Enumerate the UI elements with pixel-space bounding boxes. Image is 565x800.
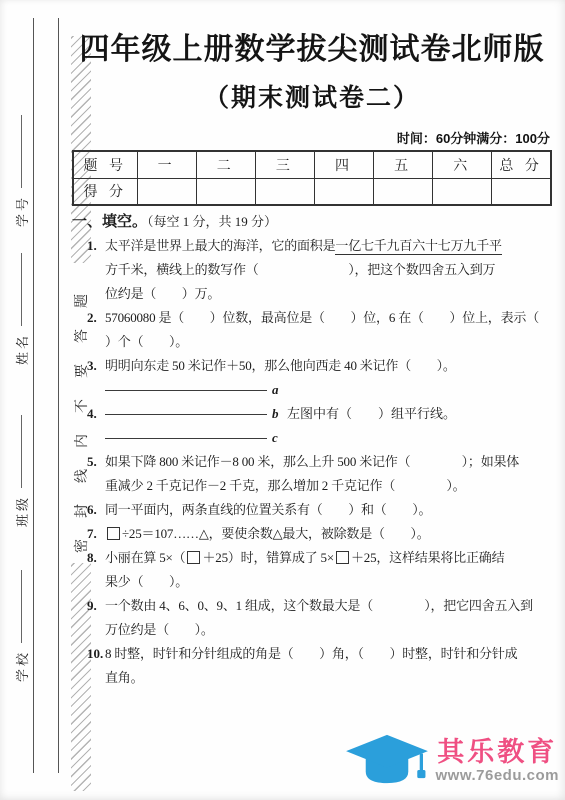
question-line: 直角。	[105, 666, 552, 690]
field-label: 学号	[12, 195, 31, 227]
line-label-c: c	[272, 430, 278, 446]
page-title: 四年级上册数学拔尖测试卷北师版	[72, 24, 552, 68]
question-line: 方千米，横线上的数写作（ ），把这个数四舍五入到万	[105, 258, 552, 282]
field-fill-line	[21, 115, 22, 188]
question-text: 重减少 2 千克记作－2 千克，那么增加 2 千克记作（ ）。	[105, 478, 465, 493]
question-line: 同一平面内，两条直线的位置关系有（ ）和（ ）。	[105, 498, 552, 522]
score-table-header-cell: 六	[433, 151, 492, 178]
question-line: 万位约是（ ）。	[105, 618, 552, 642]
line-label-b: b	[272, 406, 279, 422]
field-label: 学校	[12, 650, 31, 682]
question-line: ）个（ ）。	[105, 330, 552, 354]
question-line: 8 时整，时针和分针组成的角是（ ）角，（ ）时整，时针和分针成	[105, 642, 552, 666]
question-text: 明明向东走 50 米记作＋50，那么他向西走 40 米记作（ ）。	[105, 358, 456, 373]
section-note: （每空 1 分，共 19 分）	[147, 214, 277, 229]
question-text: ＋25，这样结果将比正确结	[351, 550, 504, 565]
question-1: 1.太平洋是世界上最大的海洋，它的面积是一亿七千九百六十七万九千平方千米，横线上…	[72, 234, 552, 306]
question-number: 6.	[87, 498, 97, 522]
question-number: 4.	[87, 402, 97, 426]
logo-name: 其乐教育	[437, 738, 557, 768]
score-cell	[374, 178, 433, 205]
field-4: 学校	[8, 570, 34, 682]
score-cell	[137, 178, 196, 205]
score-table: 题 号一二三四五六总 分得 分	[72, 150, 552, 206]
score-row-label: 得 分	[73, 178, 137, 205]
line-a	[105, 390, 267, 391]
figure-line-row: a	[105, 378, 305, 402]
question-number: 3.	[87, 354, 97, 378]
score-table-header-cell: 总 分	[492, 151, 551, 178]
question-number: 5.	[87, 450, 97, 474]
score-table-score-row: 得 分	[73, 178, 551, 205]
question-text: 位约是（ ）万。	[105, 286, 220, 301]
logo-text-block: 其乐教育 www.76edu.com	[436, 738, 559, 785]
question-line: 小丽在算 5×（＋25）时，错算成了 5×＋25，这样结果将比正确结	[105, 546, 552, 570]
question-text: 直角。	[105, 670, 143, 685]
field-fill-line	[21, 415, 22, 488]
field-fill-line	[21, 570, 22, 643]
line-c	[105, 438, 267, 439]
parallel-lines-figure: abc	[105, 378, 305, 450]
score-table-header-cell: 题 号	[73, 151, 137, 178]
question-text: 万位约是（ ）。	[105, 622, 214, 637]
question-number: 9.	[87, 594, 97, 618]
question-8: 8.小丽在算 5×（＋25）时，错算成了 5×＋25，这样结果将比正确结果少（ …	[72, 546, 552, 594]
question-line: 果少（ ）。	[105, 570, 552, 594]
question-text: 小丽在算 5×（	[105, 550, 185, 565]
blank-square-box	[336, 551, 349, 564]
score-cell	[314, 178, 373, 205]
question-number: 1.	[87, 234, 97, 258]
question-text: 一个数由 4、6、0、9、1 组成，这个数最大是（ ），把它四舍五入到	[105, 598, 533, 613]
blank-square-box	[107, 527, 120, 540]
question-line: 太平洋是世界上最大的海洋，它的面积是一亿七千九百六十七万九千平	[105, 234, 552, 258]
field-label: 姓名	[12, 333, 31, 365]
field-fill-line	[21, 253, 22, 326]
question-10: 10.8 时整，时针和分针组成的角是（ ）角，（ ）时整，时针和分针成直角。	[72, 642, 552, 690]
question-text: 左图中有（ ）组平行线。	[287, 402, 456, 426]
blank-square-box	[187, 551, 200, 564]
question-list: 1.太平洋是世界上最大的海洋，它的面积是一亿七千九百六十七万九千平方千米，横线上…	[72, 234, 552, 690]
question-number: 8.	[87, 546, 97, 570]
question-line: 57060080 是（ ）位数，最高位是（ ）位，6 在（ ）位上，表示（	[105, 306, 552, 330]
score-table-header-cell: 四	[314, 151, 373, 178]
question-6: 6.同一平面内，两条直线的位置关系有（ ）和（ ）。	[72, 498, 552, 522]
question-number: 2.	[87, 306, 97, 330]
question-5: 5.如果下降 800 米记作－8 00 米，那么上升 500 米记作（ ）；如果…	[72, 450, 552, 498]
question-line: 一个数由 4、6、0、9、1 组成，这个数最大是（ ），把它四舍五入到	[105, 594, 552, 618]
question-2: 2.57060080 是（ ）位数，最高位是（ ）位，6 在（ ）位上，表示（）…	[72, 306, 552, 354]
field-label: 班级	[12, 495, 31, 527]
question-line: ÷25＝107……△，要使余数△最大，被除数是（ ）。	[105, 522, 552, 546]
field-1: 学号	[8, 115, 34, 227]
question-text: 方千米，横线上的数写作（ ），把这个数四舍五入到万	[105, 262, 495, 277]
section-heading: 一、填空。（每空 1 分，共 19 分）	[72, 210, 277, 234]
score-cell	[433, 178, 492, 205]
question-number: 10.	[87, 642, 103, 666]
section-title: 一、填空。	[72, 214, 147, 230]
question-9: 9.一个数由 4、6、0、9、1 组成，这个数最大是（ ），把它四舍五入到万位约…	[72, 594, 552, 642]
question-text: ）个（ ）。	[105, 334, 188, 349]
paper-content: 四年级上册数学拔尖测试卷北师版 （期末测试卷二） 时间：60分钟满分：100分 …	[72, 0, 552, 800]
graduation-cap-icon	[342, 732, 432, 790]
question-4: 4.abc左图中有（ ）组平行线。	[72, 378, 552, 450]
field-3: 班级	[8, 415, 34, 527]
question-7: 7.÷25＝107……△，要使余数△最大，被除数是（ ）。	[72, 522, 552, 546]
score-table-header-cell: 五	[374, 151, 433, 178]
score-cell	[196, 178, 255, 205]
question-text: 57060080 是（ ）位数，最高位是（ ）位，6 在（ ）位上，表示（	[105, 310, 539, 325]
field-2: 姓名	[8, 253, 34, 365]
score-table-header-cell: 三	[255, 151, 314, 178]
underlined-number-text: 一亿七千九百六十七万九千平	[335, 238, 501, 255]
score-table-header-row: 题 号一二三四五六总 分	[73, 151, 551, 178]
question-line: 重减少 2 千克记作－2 千克，那么增加 2 千克记作（ ）。	[105, 474, 552, 498]
exam-paper-page: 密封线内不要答题 学号姓名班级学校 四年级上册数学拔尖测试卷北师版 （期末测试卷…	[0, 0, 565, 800]
question-text: 如果下降 800 米记作－8 00 米，那么上升 500 米记作（ ）；如果体	[105, 454, 519, 469]
score-table-header-cell: 一	[137, 151, 196, 178]
score-cell	[255, 178, 314, 205]
question-text: 8 时整，时针和分针组成的角是（ ）角，（ ）时整，时针和分针成	[105, 646, 517, 661]
question-text: ＋25）时，错算成了 5×	[202, 550, 333, 565]
question-3: 3.明明向东走 50 米记作＋50，那么他向西走 40 米记作（ ）。	[72, 354, 552, 378]
question-text: 太平洋是世界上最大的海洋，它的面积是	[105, 238, 335, 253]
question-line: 位约是（ ）万。	[105, 282, 552, 306]
question-number: 7.	[87, 522, 97, 546]
question-text: 同一平面内，两条直线的位置关系有（ ）和（ ）。	[105, 502, 431, 517]
figure-line-row: b	[105, 402, 305, 426]
question-text: ÷25＝107……△，要使余数△最大，被除数是（ ）。	[122, 526, 430, 541]
time-limit-info: 时间：60分钟满分：100分	[397, 128, 550, 147]
score-table-header-cell: 二	[196, 151, 255, 178]
page-subtitle: （期末测试卷二）	[72, 78, 552, 114]
line-b	[105, 414, 267, 415]
figure-line-row: c	[105, 426, 305, 450]
seal-line-strip: 密封线内不要答题	[33, 18, 59, 773]
line-label-a: a	[272, 382, 279, 398]
logo: 其乐教育 www.76edu.com	[342, 732, 559, 790]
score-cell	[492, 178, 551, 205]
question-line: 如果下降 800 米记作－8 00 米，那么上升 500 米记作（ ）；如果体	[105, 450, 552, 474]
question-line: 明明向东走 50 米记作＋50，那么他向西走 40 米记作（ ）。	[105, 354, 552, 378]
logo-url: www.76edu.com	[436, 767, 559, 784]
question-text: 果少（ ）。	[105, 574, 188, 589]
